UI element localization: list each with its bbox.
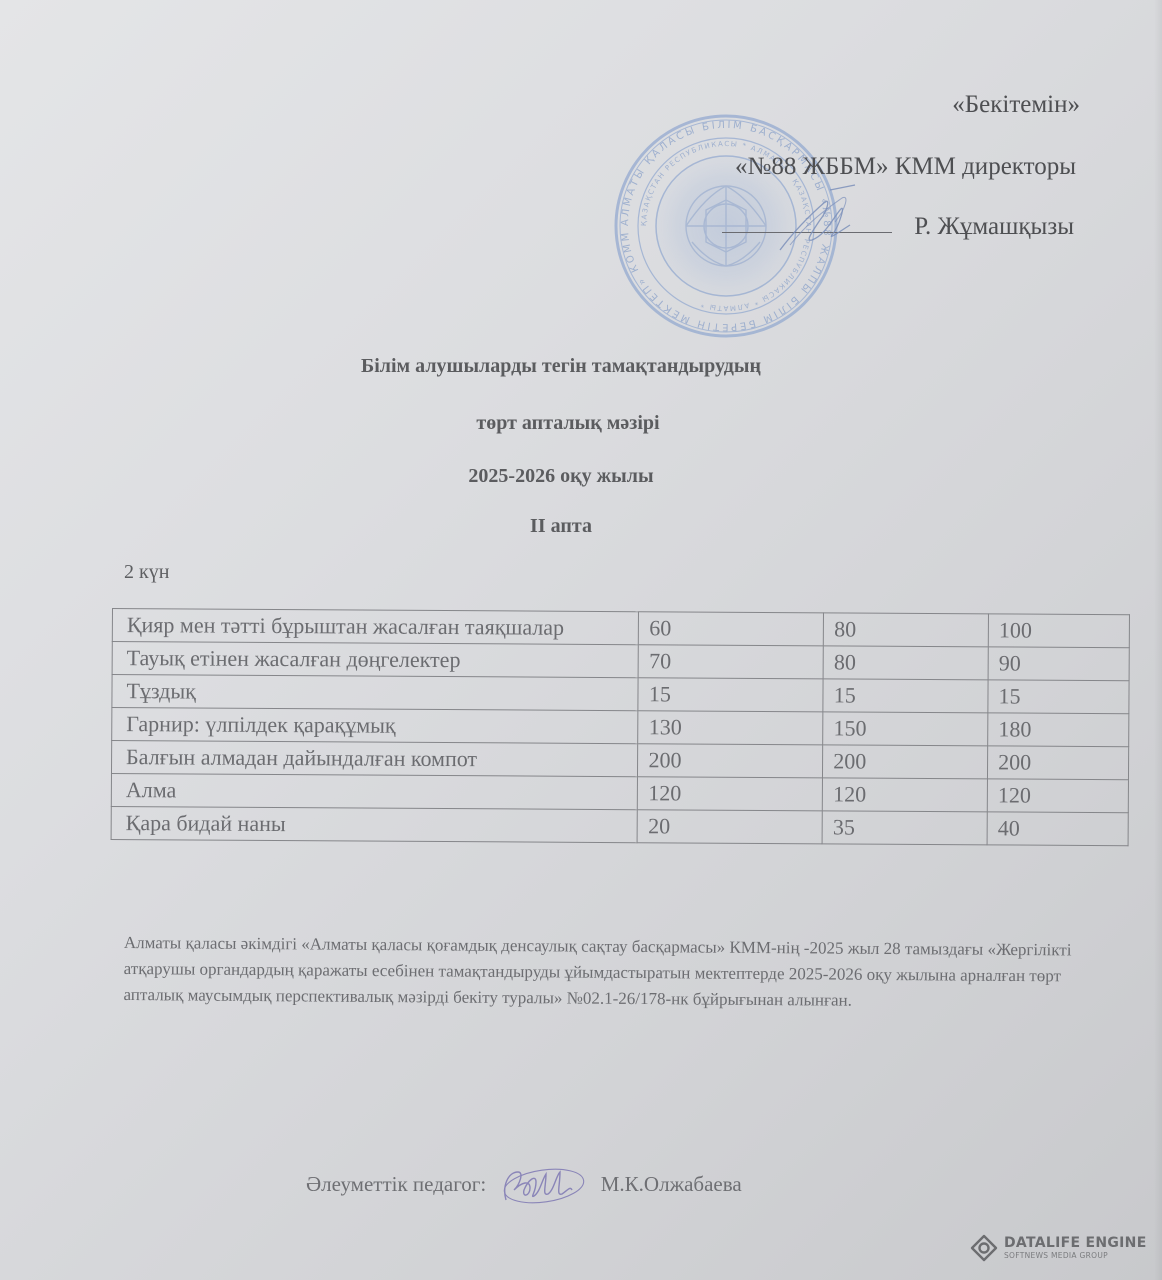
director-signature-icon	[770, 180, 870, 260]
portion-value-cell: 180	[988, 713, 1129, 747]
watermark-subtitle: SOFTNEWS MEDIA GROUP	[1004, 1252, 1147, 1260]
pedagogue-role: Әлеуметтік педагог:	[306, 1172, 486, 1197]
dish-name-cell: Балғын алмадан дайындалған компот	[111, 741, 638, 777]
document-title-line-2: төрт апталық мәзірі	[0, 412, 1149, 435]
document-title-week: ІІ апта	[0, 515, 1142, 538]
portion-value-cell: 120	[638, 777, 823, 811]
portion-value-cell: 15	[988, 680, 1129, 714]
portion-value-cell: 200	[823, 745, 988, 779]
portion-value-cell: 15	[638, 678, 823, 712]
pedagogue-signature-block: Әлеуметтік педагог: М.К.Олжабаева	[306, 1166, 742, 1206]
portion-value-cell: 120	[823, 778, 988, 812]
pedagogue-signature-icon	[500, 1166, 586, 1206]
portion-value-cell: 80	[824, 613, 989, 647]
portion-value-cell: 100	[988, 614, 1129, 648]
watermark-brand: DATALIFE ENGINE	[1004, 1236, 1147, 1250]
approval-signatory: Р. Жұмашқызы	[914, 214, 1074, 239]
dish-name-cell: Қара бидай наны	[111, 806, 638, 842]
portion-value-cell: 120	[987, 779, 1128, 813]
dish-name-cell: Гарнир: үлпілдек қарақұмық	[112, 708, 639, 744]
portion-value-cell: 150	[823, 712, 988, 746]
table-row: Қара бидай наны203540	[111, 806, 1128, 845]
portion-value-cell: 35	[822, 811, 987, 845]
dish-name-cell: Тауық етінен жасалған дөңгелектер	[112, 642, 639, 678]
portion-value-cell: 200	[988, 746, 1129, 780]
watermark: DATALIFE ENGINE SOFTNEWS MEDIA GROUP	[970, 1234, 1147, 1262]
document-title-line-1: Білім алушыларды тегін тамақтандырудың	[0, 355, 1142, 378]
document-title-academic-year: 2025-2026 оқу жылы	[0, 465, 1142, 488]
datalife-logo-icon	[970, 1234, 998, 1262]
approval-heading: «Бекітемін»	[952, 92, 1080, 117]
dish-name-cell: Қияр мен тәтті бұрыштан жасалған таяқшал…	[112, 609, 639, 645]
dish-name-cell: Тұздық	[112, 675, 639, 711]
day-label: 2 күн	[124, 561, 169, 584]
portion-value-cell: 15	[823, 679, 988, 713]
dish-name-cell: Алма	[111, 773, 638, 809]
portion-value-cell: 80	[823, 646, 988, 680]
source-footnote: Алматы қаласы әкімдігі «Алматы қаласы қо…	[123, 930, 1084, 1016]
portion-value-cell: 130	[638, 711, 823, 745]
portion-value-cell: 90	[988, 647, 1129, 681]
portion-value-cell: 60	[639, 612, 824, 646]
approval-position: «№88 ЖББМ» КММ директоры	[735, 154, 1076, 179]
pedagogue-name: М.К.Олжабаева	[601, 1172, 742, 1197]
page-edge-shadow	[1154, 0, 1162, 1280]
portion-value-cell: 70	[639, 645, 824, 679]
portion-value-cell: 20	[638, 810, 823, 844]
menu-table: Қияр мен тәтті бұрыштан жасалған таяқшал…	[111, 608, 1130, 846]
portion-value-cell: 200	[638, 744, 823, 778]
portion-value-cell: 40	[987, 812, 1128, 846]
